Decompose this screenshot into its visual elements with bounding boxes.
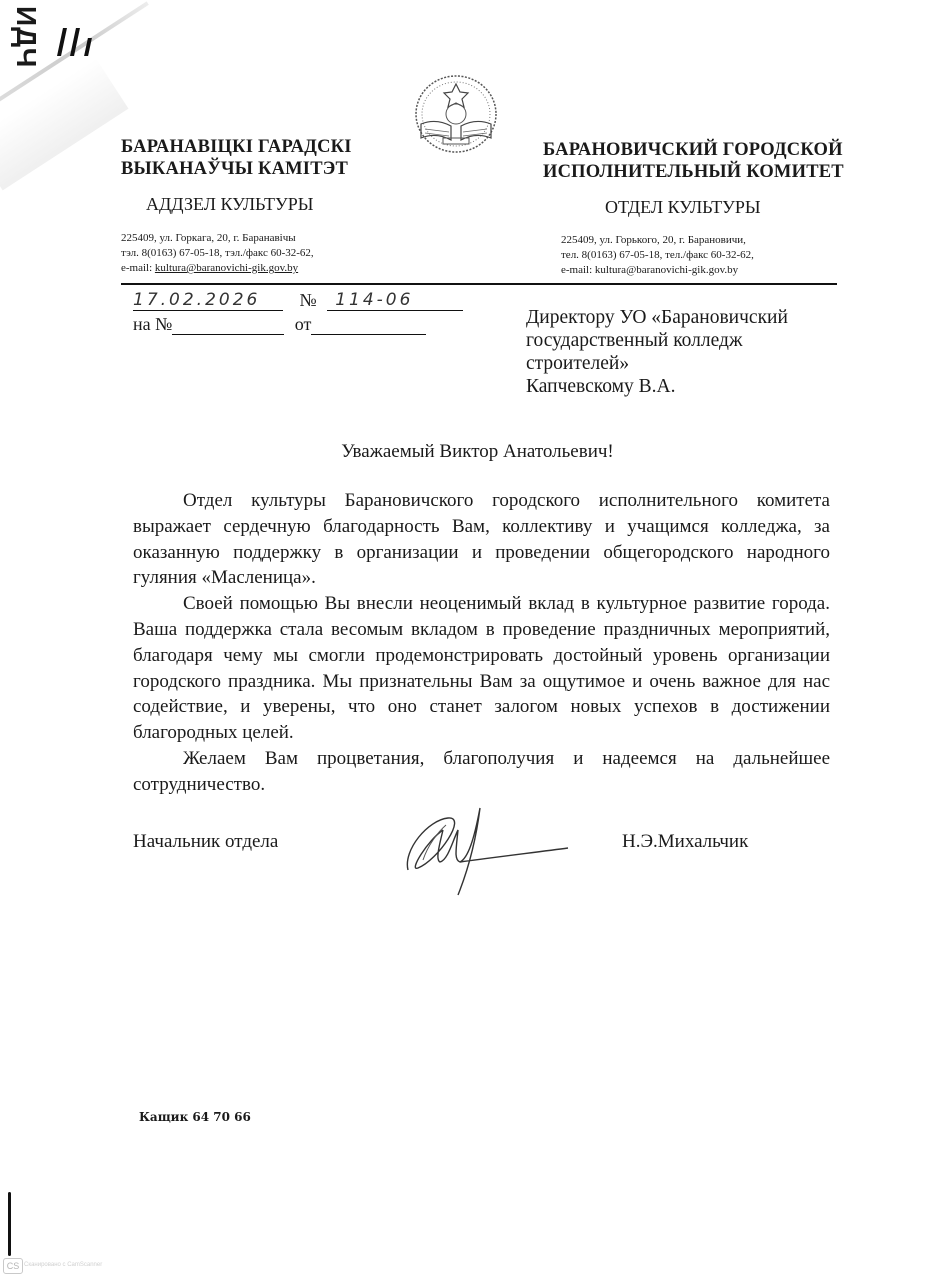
addressee-line: Директору УО «Барановичский — [526, 306, 846, 329]
handwritten-signature — [398, 800, 598, 910]
signatory-role: Начальник отдела — [133, 831, 278, 853]
reference-number-label: на № — [133, 314, 172, 334]
scan-edge-mark — [8, 1192, 11, 1256]
email-line: e-mail: kultura@baranovichi-gik.gov.by — [121, 261, 314, 276]
reference-date-field — [311, 314, 426, 335]
executor-contact: Кащик 64 70 66 — [139, 1110, 251, 1124]
body-paragraph: Отдел культуры Барановичского городского… — [133, 488, 830, 591]
addressee-line: строителей» — [526, 352, 846, 375]
org-name-line2: ИСПОЛНИТЕЛЬНЫЙ КОМИТЕТ — [543, 161, 844, 183]
addressee-line: государственный колледж — [526, 329, 846, 352]
salutation: Уважаемый Виктор Анатольевич! — [0, 441, 925, 463]
camscanner-watermark: Сканировано с CamScanner — [24, 1262, 102, 1268]
address-block-russian: 225409, ул. Горького, 20, г. Барановичи,… — [561, 233, 754, 278]
address-block-belarusian: 225409, ул. Горкага, 20, г. Баранавічы т… — [121, 231, 314, 276]
reference-date-label: от — [295, 314, 312, 334]
org-name-russian: БАРАНОВИЧСКИЙ ГОРОДСКОЙ ИСПОЛНИТЕЛЬНЫЙ К… — [543, 139, 844, 183]
address-line: 225409, ул. Горкага, 20, г. Баранавічы — [121, 231, 314, 246]
document-date: 17.02.2026 — [133, 290, 283, 311]
corner-stamp-text: ИДЧ — [10, 6, 42, 68]
department-russian: ОТДЕЛ КУЛЬТУРЫ — [605, 197, 761, 218]
letter-body: Отдел культуры Барановичского городского… — [133, 488, 830, 798]
phone-line: тел. 8(0163) 67-05-18, тел./факс 60-32-6… — [561, 248, 754, 263]
email-label: e-mail: — [561, 264, 595, 276]
state-emblem-icon — [413, 74, 499, 156]
signatory-name: Н.Э.Михальчик — [622, 831, 748, 853]
corner-handwritten-marks — [60, 28, 99, 61]
address-line: 225409, ул. Горького, 20, г. Барановичи, — [561, 233, 754, 248]
number-label: № — [300, 290, 317, 310]
letterhead-divider — [121, 283, 837, 285]
email-label: e-mail: — [121, 262, 155, 274]
document-number: 114-06 — [327, 290, 463, 311]
email-link[interactable]: kultura@baranovichi-gik.gov.by — [155, 262, 298, 274]
addressee-block: Директору УО «Барановичский государствен… — [526, 306, 846, 398]
org-name-belarusian: БАРАНАВІЦКІ ГАРАДСКІ ВЫКАНАЎЧЫ КАМІТЭТ — [121, 136, 352, 180]
department-belarusian: АДДЗЕЛ КУЛЬТУРЫ — [146, 194, 313, 215]
reference-number-field — [172, 314, 284, 335]
paper-fold-shadow — [0, 58, 128, 190]
phone-line: тэл. 8(0163) 67-05-18, тэл./факс 60-32-6… — [121, 246, 314, 261]
org-name-line1: БАРАНОВИЧСКИЙ ГОРОДСКОЙ — [543, 139, 844, 161]
body-paragraph: Желаем Вам процветания, благополучия и н… — [133, 746, 830, 798]
camscanner-logo-icon: CS — [3, 1258, 23, 1274]
email-line: e-mail: kultura@baranovichi-gik.gov.by — [561, 263, 754, 278]
org-name-line1: БАРАНАВІЦКІ ГАРАДСКІ — [121, 136, 352, 158]
body-paragraph: Своей помощью Вы внесли неоценимый вклад… — [133, 591, 830, 746]
org-name-line2: ВЫКАНАЎЧЫ КАМІТЭТ — [121, 158, 352, 180]
email-link[interactable]: kultura@baranovichi-gik.gov.by — [595, 264, 738, 276]
addressee-name: Капчевскому В.А. — [526, 375, 846, 398]
